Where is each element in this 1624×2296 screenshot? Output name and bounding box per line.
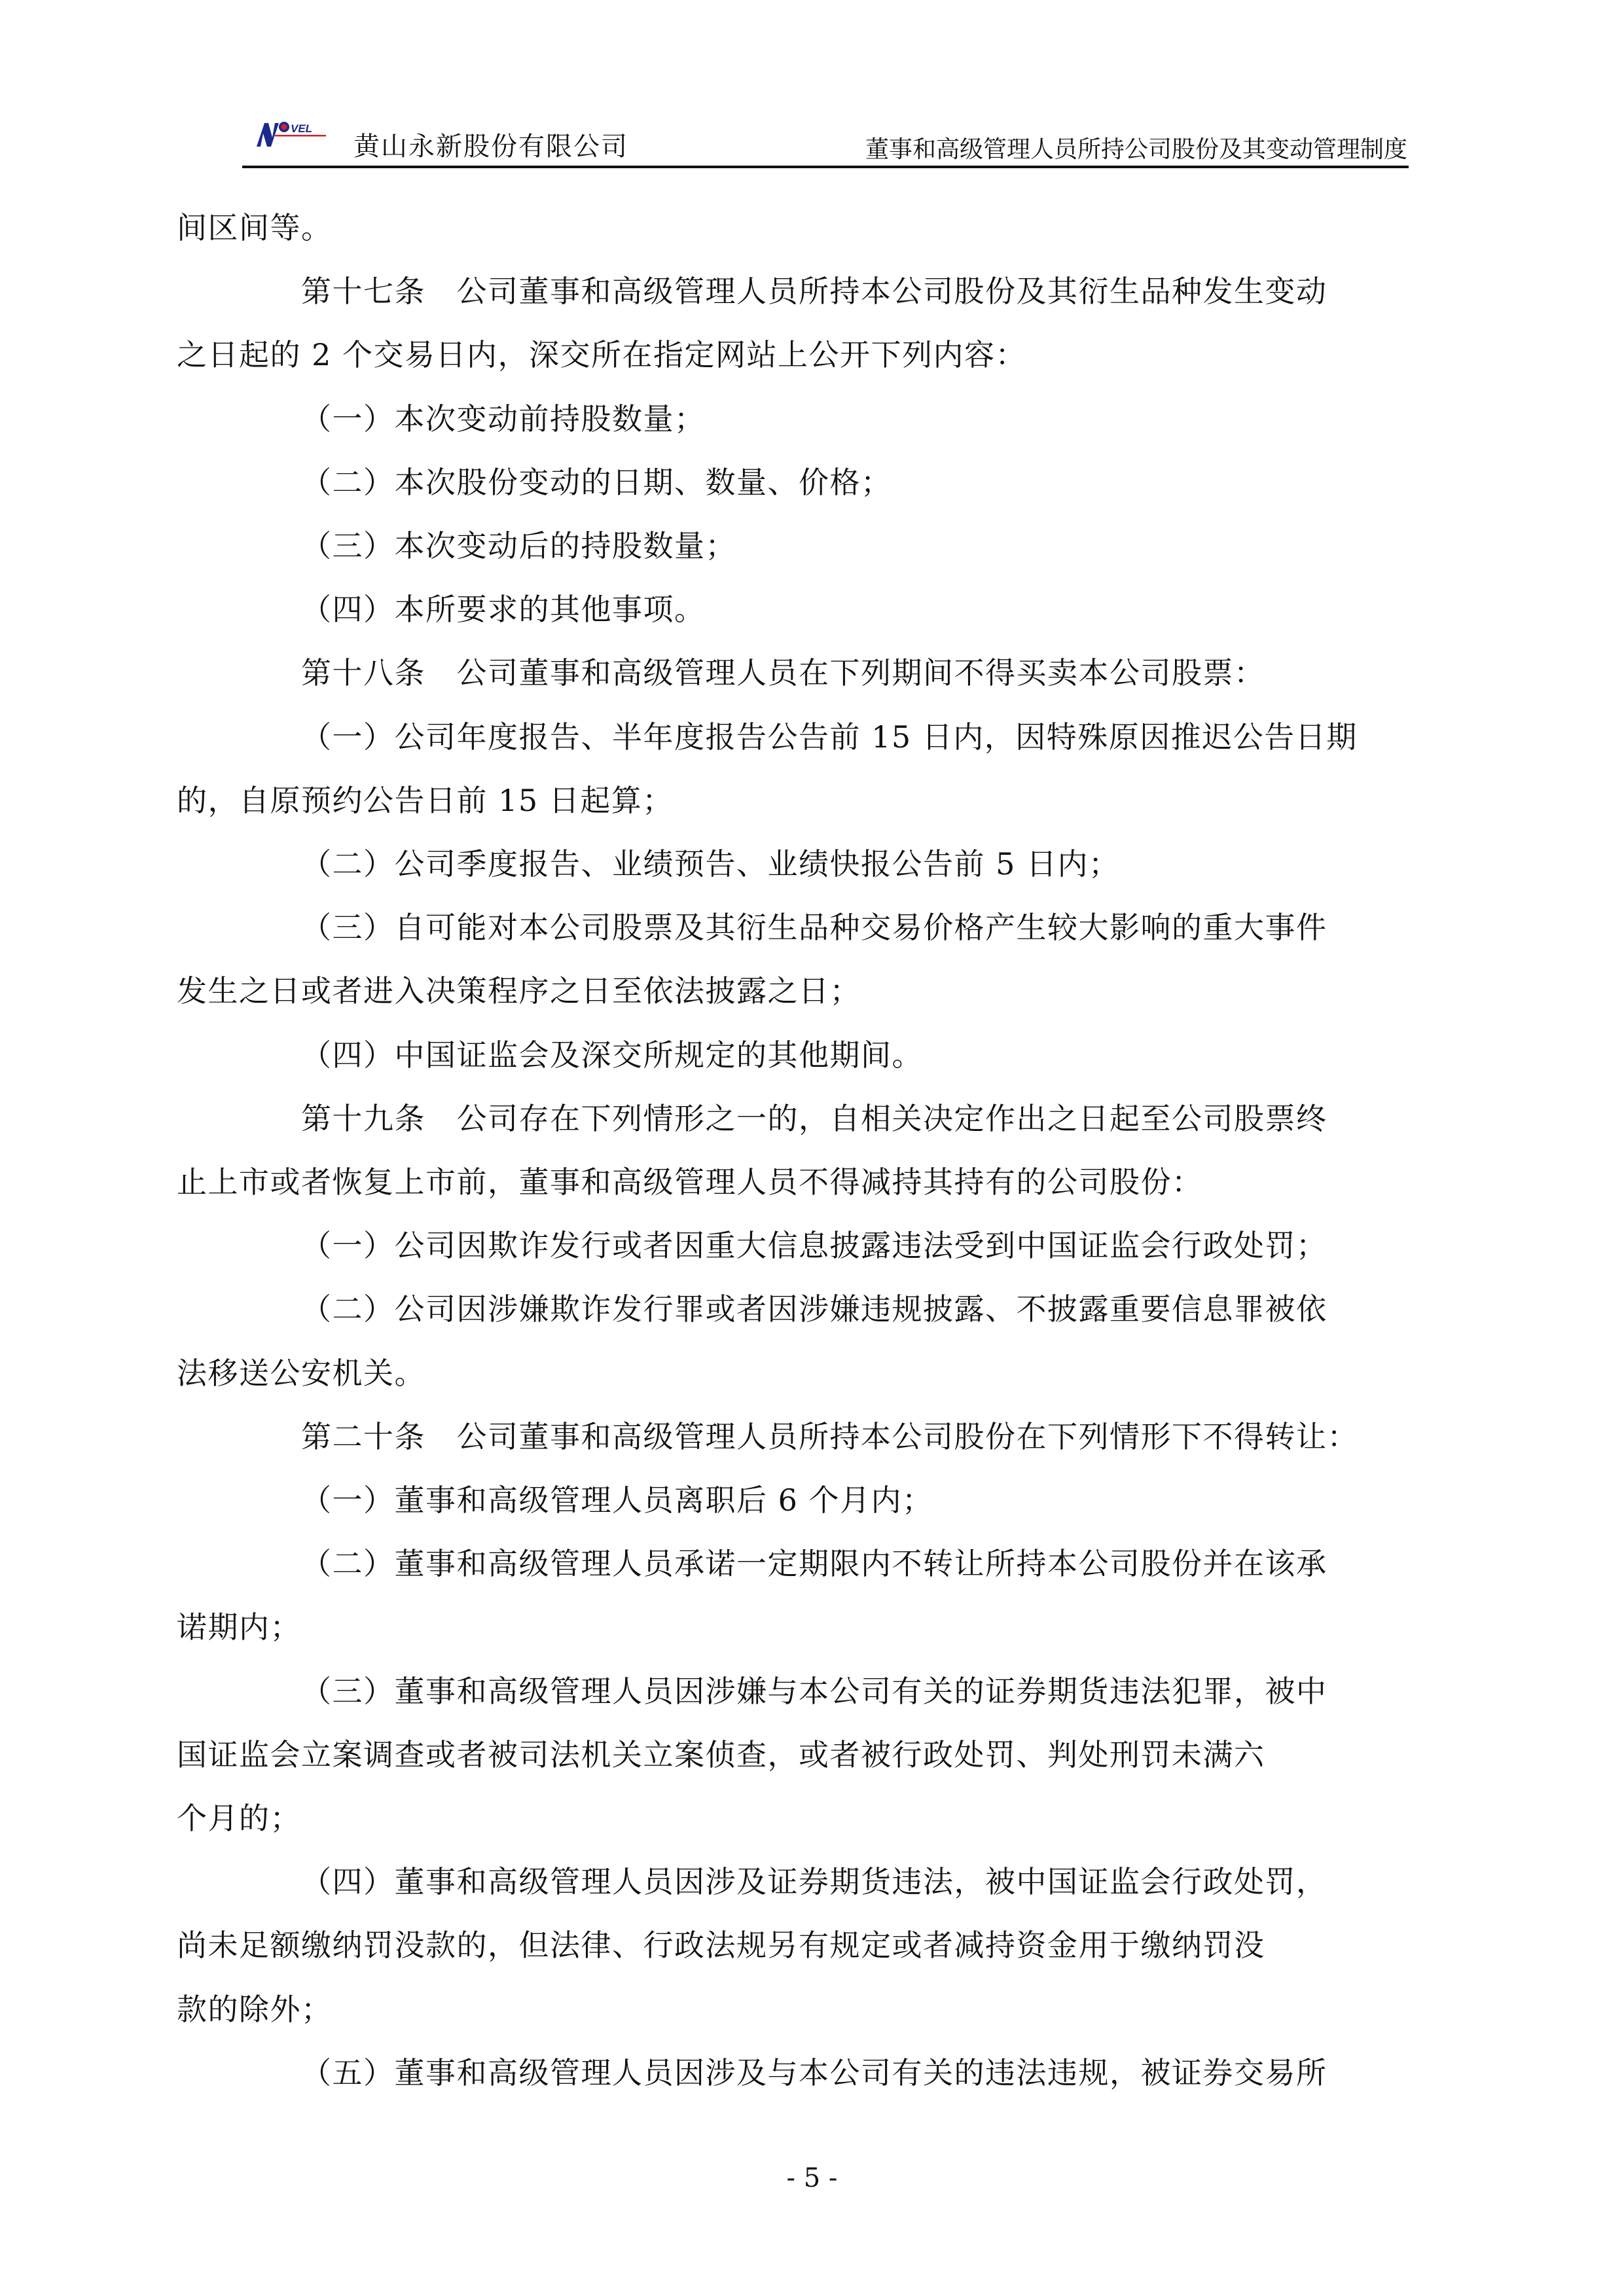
paragraph-line: 尚未足额缴纳罚没款的，但法律、行政法规另有规定或者减持资金用于缴纳罚没 bbox=[177, 1926, 1265, 1965]
paragraph-line: 款的除外； bbox=[177, 1990, 333, 2029]
paragraph-line: （一）公司因欺诈发行或者因重大信息披露违法受到中国证监会行政处罚； bbox=[301, 1226, 1327, 1265]
header-divider bbox=[242, 166, 1409, 168]
paragraph-line: （一）本次变动前持股数量； bbox=[301, 399, 706, 439]
paragraph-line: （二）公司季度报告、业绩预告、业绩快报公告前 5 日内； bbox=[301, 844, 1120, 884]
paragraph-line: 的，自原预约公告日前 15 日起算； bbox=[177, 781, 674, 820]
paragraph-line: 法移送公安机关。 bbox=[177, 1354, 425, 1393]
paragraph-line: （四）中国证监会及深交所规定的其他期间。 bbox=[301, 1035, 923, 1075]
paragraph-line: 第十八条 公司董事和高级管理人员在下列期间不得买卖本公司股票： bbox=[301, 653, 1265, 692]
company-name: 黄山永新股份有限公司 bbox=[353, 126, 628, 163]
paragraph-line: （四）本所要求的其他事项。 bbox=[301, 590, 706, 629]
paragraph-line: （二）本次股份变动的日期、数量、价格； bbox=[301, 463, 892, 502]
novel-logo-icon: VEL bbox=[255, 118, 327, 151]
paragraph-line: （二）公司因涉嫌欺诈发行罪或者因涉嫌违规披露、不披露重要信息罪被依 bbox=[301, 1289, 1327, 1329]
document-title: 董事和高级管理人员所持公司股份及其变动管理制度 bbox=[865, 131, 1407, 164]
paragraph-line: （三）董事和高级管理人员因涉嫌与本公司有关的证券期货违法犯罪，被中 bbox=[301, 1672, 1327, 1711]
page-number: - 5 - bbox=[0, 2163, 1624, 2193]
paragraph-line: （四）董事和高级管理人员因涉及证券期货违法，被中国证监会行政处罚， bbox=[301, 1862, 1327, 1901]
paragraph-line: 发生之日或者进入决策程序之日至依法披露之日； bbox=[177, 971, 861, 1011]
paragraph-line: 第二十条 公司董事和高级管理人员所持本公司股份在下列情形下不得转让： bbox=[301, 1417, 1358, 1456]
paragraph-line: 个月的； bbox=[177, 1799, 301, 1838]
paragraph-line: 第十九条 公司存在下列情形之一的，自相关决定作出之日起至公司股票终 bbox=[301, 1099, 1327, 1138]
paragraph-line: 止上市或者恢复上市前，董事和高级管理人员不得减持其持有的公司股份： bbox=[177, 1162, 1203, 1202]
svg-text:VEL: VEL bbox=[291, 122, 312, 135]
paragraph-line: 之日起的 2 个交易日内，深交所在指定网站上公开下列内容： bbox=[177, 335, 1026, 374]
page-header: VEL 黄山永新股份有限公司 董事和高级管理人员所持公司股份及其变动管理制度 bbox=[242, 111, 1407, 167]
paragraph-line: （一）公司年度报告、半年度报告公告前 15 日内，因特殊原因推迟公告日期 bbox=[301, 717, 1358, 757]
paragraph-line: （一）董事和高级管理人员离职后 6 个月内； bbox=[301, 1480, 933, 1520]
paragraph-line: （三）本次变动后的持股数量； bbox=[301, 526, 736, 565]
paragraph-line: 国证监会立案调查或者被司法机关立案侦查，或者被行政处罚、判处刑罚未满六 bbox=[177, 1735, 1265, 1774]
paragraph-line: （二）董事和高级管理人员承诺一定期限内不转让所持本公司股份并在该承 bbox=[301, 1544, 1327, 1583]
paragraph-line: 间区间等。 bbox=[177, 208, 333, 247]
paragraph-line: 第十七条 公司董事和高级管理人员所持本公司股份及其衍生品种发生变动 bbox=[301, 272, 1327, 311]
paragraph-line: （五）董事和高级管理人员因涉及与本公司有关的违法违规，被证券交易所 bbox=[301, 2053, 1327, 2092]
paragraph-line: （三）自可能对本公司股票及其衍生品种交易价格产生较大影响的重大事件 bbox=[301, 908, 1327, 947]
paragraph-line: 诺期内； bbox=[177, 1607, 301, 1647]
